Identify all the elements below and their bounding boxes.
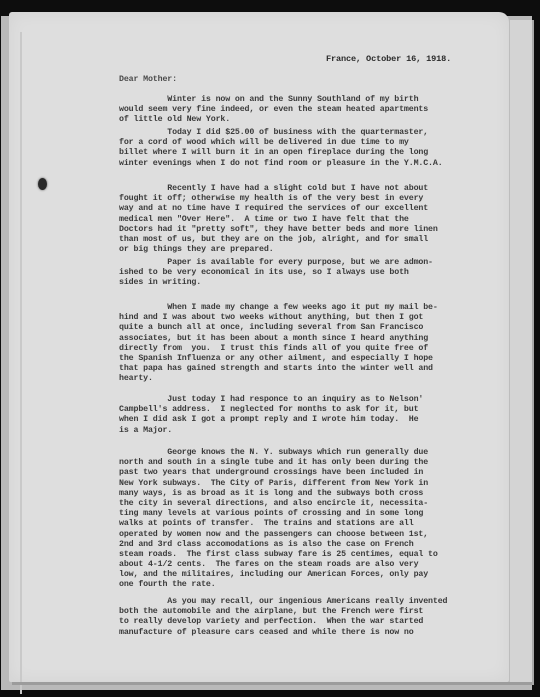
paragraph-6: Just today I had responce to an inquiry … bbox=[119, 395, 524, 436]
text-line: ting many levels at various points of cr… bbox=[119, 509, 524, 519]
paragraph-8: As you may recall, our ingenious America… bbox=[119, 597, 524, 638]
text-line: As you may recall, our ingenious America… bbox=[119, 597, 524, 607]
scanned-page: France, October 16, 1918. Dear Mother: W… bbox=[0, 0, 540, 697]
paragraph-3: Recently I have had a slight cold but I … bbox=[119, 184, 524, 255]
text-line: than most of us, but they are on the job… bbox=[119, 235, 524, 245]
text-line: for a cord of wood which will be deliver… bbox=[119, 138, 524, 148]
text-line: quite a bunch all at once, including sev… bbox=[119, 323, 524, 333]
text-line: walks at points of transfer. The trains … bbox=[119, 519, 524, 529]
text-line: north and south in a single tube and it … bbox=[119, 458, 524, 468]
text-line: about 4-1/2 cents. The fares on the stea… bbox=[119, 560, 524, 570]
text-line: Paper is available for every purpose, bu… bbox=[119, 258, 524, 268]
text-line: one fourth the rate. bbox=[119, 580, 524, 590]
text-line: many ways, is as broad as it is long and… bbox=[119, 489, 524, 499]
text-line: directly from you. I trust this finds al… bbox=[119, 344, 524, 354]
text-line: or big things they are prepared. bbox=[119, 245, 524, 255]
text-line: low, and the militaires, including our A… bbox=[119, 570, 524, 580]
text-line: way and at no time have I required the s… bbox=[119, 204, 524, 214]
text-line: Doctors had it "pretty soft", they have … bbox=[119, 225, 524, 235]
text-line: of little old New York. bbox=[119, 115, 524, 125]
page-fold-line bbox=[20, 32, 22, 694]
text-line: operated by women now and the passengers… bbox=[119, 530, 524, 540]
text-line: Just today I had responce to an inquiry … bbox=[119, 395, 524, 405]
text-line: When I made my change a few weeks ago it… bbox=[119, 303, 524, 313]
text-line: the Spanish Influenza or any other ailme… bbox=[119, 354, 524, 364]
paragraph-1: Winter is now on and the Sunny Southland… bbox=[119, 95, 524, 126]
letter-page: France, October 16, 1918. Dear Mother: W… bbox=[9, 12, 509, 682]
punch-hole-icon bbox=[38, 178, 47, 190]
paragraph-4: Paper is available for every purpose, bu… bbox=[119, 258, 524, 289]
paragraph-2: Today I did $25.00 of business with the … bbox=[119, 128, 524, 169]
text-line: 2nd and 3rd class accomodations as is al… bbox=[119, 540, 524, 550]
text-line: steam roads. The first class subway fare… bbox=[119, 550, 524, 560]
text-line: Winter is now on and the Sunny Southland… bbox=[119, 95, 524, 105]
text-line: fought it off; otherwise my health is of… bbox=[119, 194, 524, 204]
text-line: winter evenings when I do not find room … bbox=[119, 159, 524, 169]
text-line: both the automobile and the airplane, bu… bbox=[119, 607, 524, 617]
salutation: Dear Mother: bbox=[119, 75, 177, 85]
text-line: Campbell's address. I neglected for mont… bbox=[119, 405, 524, 415]
text-line: past two years that underground crossing… bbox=[119, 468, 524, 478]
text-line: hind and I was about two weeks without a… bbox=[119, 313, 524, 323]
text-line: the city in several directions, and also… bbox=[119, 499, 524, 509]
text-line: Today I did $25.00 of business with the … bbox=[119, 128, 524, 138]
text-line: George knows the N. Y. subways which run… bbox=[119, 448, 524, 458]
text-line: sides in writing. bbox=[119, 278, 524, 288]
text-line: ished to be very economical in its use, … bbox=[119, 268, 524, 278]
text-line: would seem very fine indeed, or even the… bbox=[119, 105, 524, 115]
text-line: hearty. bbox=[119, 374, 524, 384]
text-line: Recently I have had a slight cold but I … bbox=[119, 184, 524, 194]
text-line: that papa has gained strength and starts… bbox=[119, 364, 524, 374]
text-line: to really develop variety and perfection… bbox=[119, 617, 524, 627]
text-line: New York subways. The City of Paris, dif… bbox=[119, 479, 524, 489]
text-line: medical men "Over Here". A time or two I… bbox=[119, 215, 524, 225]
paragraph-7: George knows the N. Y. subways which run… bbox=[119, 448, 524, 591]
dateline: France, October 16, 1918. bbox=[326, 54, 451, 64]
page-bottom-edge bbox=[12, 682, 532, 685]
paragraph-5: When I made my change a few weeks ago it… bbox=[119, 303, 524, 385]
text-line: manufacture of pleasure cars ceased and … bbox=[119, 628, 524, 638]
text-line: is a Major. bbox=[119, 426, 524, 436]
text-line: billet where I will burn it in an open f… bbox=[119, 148, 524, 158]
text-line: when I did ask I got a prompt reply and … bbox=[119, 415, 524, 425]
text-line: associates, but it has been about a mont… bbox=[119, 334, 524, 344]
